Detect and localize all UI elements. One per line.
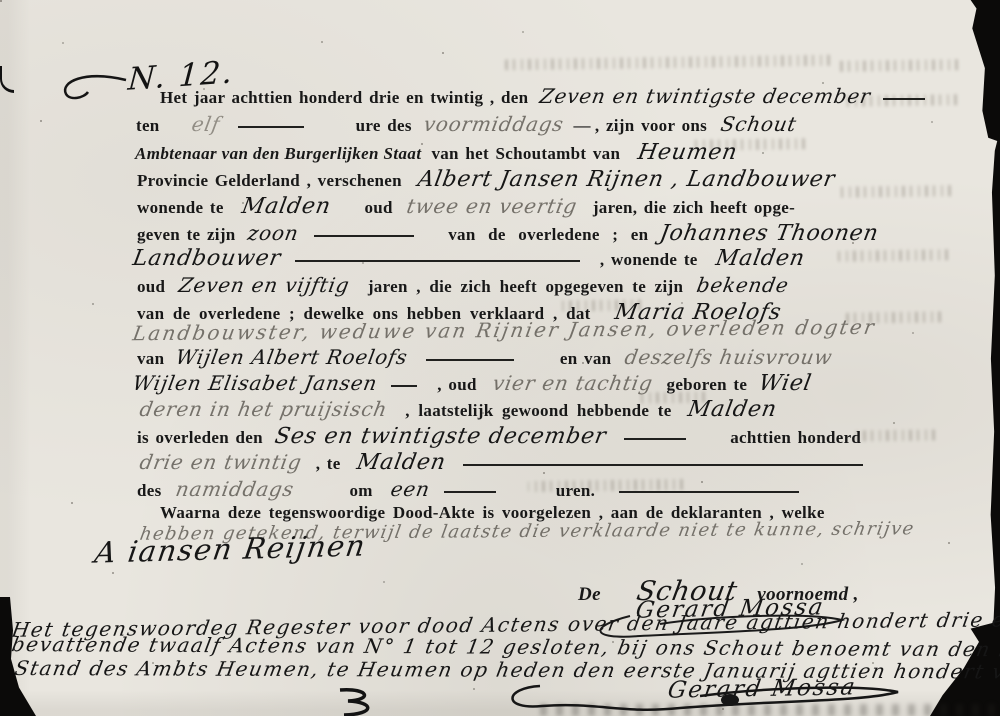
filler-rule: [624, 435, 686, 440]
printed-text: , wonende te: [600, 250, 698, 269]
handwritten-text: Zeven en vijftig: [177, 273, 352, 297]
printed-text: oud: [137, 277, 165, 296]
body-line-1: Het jaar achttien honderd drie en twinti…: [160, 84, 925, 108]
filler-rule: [238, 123, 304, 128]
declarant-signature: A iansen Reijnen: [95, 528, 367, 569]
bleed-through-smudge: [838, 59, 963, 72]
filler-rule: [883, 95, 925, 100]
printed-text: van: [137, 349, 164, 368]
printed-dash: —: [574, 116, 591, 135]
printed-text: , te: [316, 454, 341, 473]
paraph-loop-icon: [330, 688, 380, 716]
filler-rule: [619, 488, 799, 493]
bleed-through-smudge: [836, 185, 956, 198]
printed-text: en van: [560, 349, 612, 368]
body-line-13: deren in het pruijsisch , laatstelijk ge…: [140, 397, 776, 422]
handwritten-text: Johannes Thoonen: [658, 221, 881, 246]
printed-text: ten: [136, 116, 160, 135]
scan-edge-right: [987, 130, 1000, 650]
printed-text: oud: [364, 198, 392, 217]
body-line-16: des namiddags om een uren.: [137, 477, 799, 501]
bleed-through-smudge: [505, 55, 835, 71]
handwritten-text: Malden: [354, 450, 447, 475]
handwritten-text: drie en twintig: [138, 450, 304, 474]
printed-text: jaren , die zich heeft opgegeven te zijn: [368, 277, 683, 296]
handwritten-text: Wijlen Albert Roelofs: [174, 345, 410, 369]
filler-rule: [391, 382, 417, 387]
filler-rule: [314, 232, 414, 237]
handwritten-text: een: [389, 477, 432, 501]
handwritten-text: namiddags: [173, 477, 295, 501]
handwritten-text: Landbouwster, weduwe van Rijnier Jansen,…: [131, 315, 878, 346]
handwritten-text: Albert Jansen Rijnen , Landbouwer: [416, 167, 837, 192]
printed-text: van de overledene ; en: [448, 225, 648, 244]
handwritten-text: Schout: [719, 112, 799, 136]
printed-text: geboren te: [667, 375, 748, 394]
death-certificate-scan: N. 12. Het jaar achttien honderd drie en…: [0, 0, 1000, 716]
printed-text: van het Schoutambt van: [431, 144, 620, 163]
body-line-11: van Wijlen Albert Roelofs en van deszelf…: [137, 345, 833, 369]
filler-rule: [444, 488, 496, 493]
body-line-2: ten elf ure des voormiddags — , zijn voo…: [136, 112, 797, 136]
bleed-through-smudge: [838, 249, 953, 262]
handwritten-text: elf: [189, 112, 221, 136]
printed-text: om: [350, 481, 373, 500]
handwritten-text: Heumen: [636, 140, 740, 165]
handwritten-text: Wiel: [757, 371, 814, 396]
handwritten-text: Landbouwer: [131, 246, 283, 271]
printed-text: jaren, die zich heeft opge-: [593, 198, 795, 217]
printed-text: Het jaar achttien honderd drie en twinti…: [160, 88, 528, 107]
scan-edge-top-right: [958, 0, 1000, 142]
printed-text: , zijn voor ons: [595, 116, 707, 135]
printed-text: des: [137, 481, 162, 500]
handwritten-text: twee en veertig: [405, 194, 579, 218]
body-line-7: Landbouwer , wonende te Malden: [133, 246, 804, 271]
handwritten-text: deren in het pruijsisch: [138, 397, 390, 421]
handwritten-text: Malden: [713, 246, 806, 271]
handwritten-text: deszelfs huisvrouw: [623, 345, 835, 369]
handwritten-text: Wijlen Elisabet Jansen: [131, 371, 380, 395]
handwritten-text: Malden: [239, 194, 332, 219]
handwritten-text: voormiddags: [422, 112, 566, 136]
bleed-through-smudge: [850, 429, 940, 441]
printed-text: wonende te: [137, 198, 224, 217]
printed-italic-text: De: [578, 584, 601, 605]
handwritten-text: Ses en twintigste december: [273, 424, 609, 449]
printed-text: , laatstelijk gewoond hebbende te: [405, 401, 671, 420]
filler-rule: [295, 257, 580, 262]
printed-text: uren.: [556, 481, 595, 500]
printed-text: Provincie Gelderland , verschenen: [137, 171, 402, 190]
body-line-14: is overleden den Ses en twintigste decem…: [137, 424, 861, 449]
act-number-flourish: [54, 68, 134, 106]
body-line-3: Ambtenaar van den Burgerlijken Staat van…: [135, 140, 737, 165]
handwritten-text: Zeven en twintigste december: [538, 84, 873, 108]
body-line-6: geven te zijn zoon van de overledene ; e…: [137, 221, 879, 246]
filler-rule: [426, 356, 514, 361]
body-line-10: Landbouwster, weduwe van Rijnier Jansen,…: [133, 315, 876, 345]
handwritten-text: bekende: [695, 273, 791, 297]
signature-text: A iansen Reijnen: [92, 528, 368, 569]
signature-flourish-icon: [500, 680, 920, 716]
printed-text: ure des: [356, 116, 412, 135]
printed-italic-text: Ambtenaar van den Burgerlijken Staat: [135, 144, 421, 163]
body-line-15: drie en twintig , te Malden: [140, 450, 863, 475]
printed-text: , oud: [437, 375, 476, 394]
body-line-4: Provincie Gelderland , verschenen Albert…: [137, 167, 835, 192]
body-line-8: oud Zeven en vijftig jaren , die zich he…: [137, 273, 789, 297]
printed-text: is overleden den: [137, 428, 263, 447]
paper-speckle-texture: [0, 0, 2, 2]
printed-text: achttien honderd: [730, 428, 861, 447]
handwritten-text: Malden: [685, 397, 778, 422]
handwritten-text: zoon: [245, 221, 300, 245]
handwritten-text: vier en tachtig: [491, 371, 655, 395]
filler-rule: [463, 461, 863, 466]
cutoff-ink-mark: [0, 66, 14, 93]
body-line-12: Wijlen Elisabet Jansen , oud vier en tac…: [133, 371, 812, 396]
body-line-5: wonende te Malden oud twee en veertig ja…: [137, 194, 795, 219]
printed-text: geven te zijn: [137, 225, 236, 244]
